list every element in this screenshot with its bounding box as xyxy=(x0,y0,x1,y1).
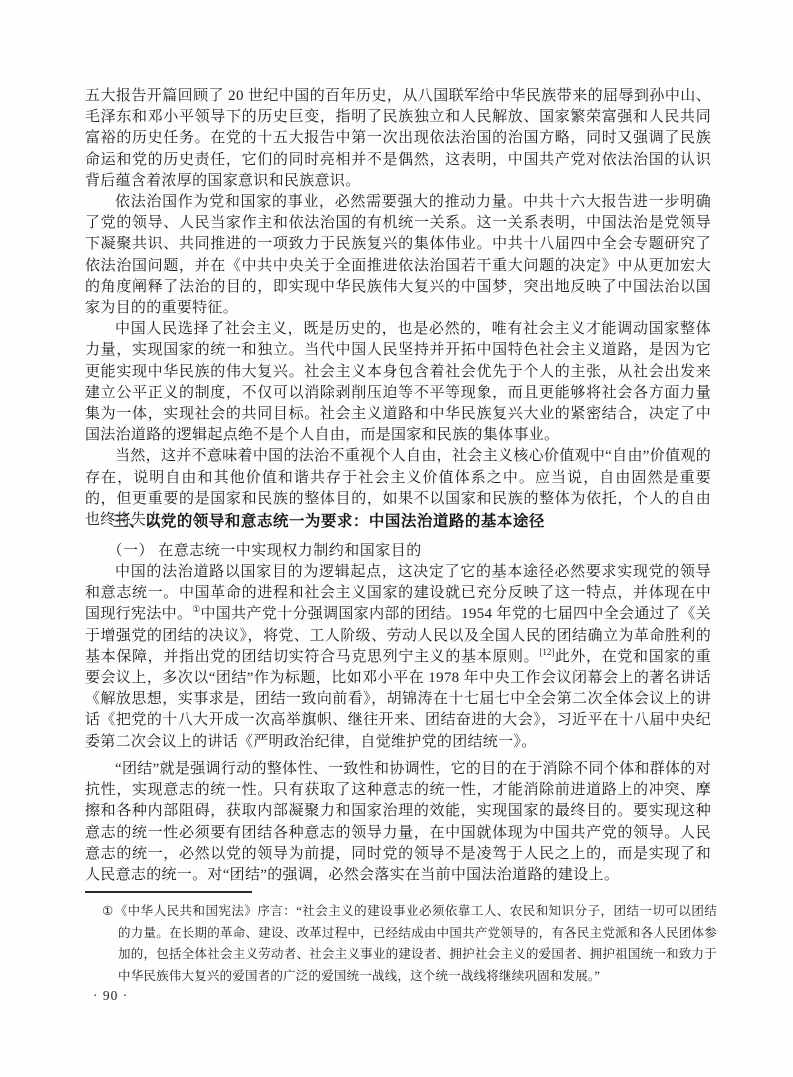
paragraph: 中国人民选择了社会主义，既是历史的，也是必然的，唯有社会主义才能调动国家整体力量… xyxy=(85,319,711,446)
section-heading: 三、以党的领导和意志统一为要求：中国法治道路的基本途径 xyxy=(85,511,711,533)
paragraph: “团结”就是强调行动的整体性、一致性和协调性，它的目的在于消除不同个体和群体的对… xyxy=(85,759,711,886)
paragraph: 依法治国作为党和国家的事业，必然需要强大的推动力量。中共十六大报告进一步明确了党… xyxy=(85,192,711,319)
footnote: ①《中华人民共和国宪法》序言：“社会主义的建设事业必须依靠工人、农民和知识分子，… xyxy=(85,901,717,987)
footnote-marker: ① xyxy=(102,904,114,918)
paragraph: 五大报告开篇回顾了 20 世纪中国的百年历史，从八国联军给中华民族带来的屈辱到孙… xyxy=(85,86,711,192)
footnote-separator-rule xyxy=(85,891,252,893)
page-number: · 90 · xyxy=(93,988,128,1004)
paragraph-with-references: 中国的法治道路以国家目的为逻辑起点，这决定了它的基本途径必然要求实现党的领导和意… xyxy=(85,562,711,753)
footnote-text: 《中华人民共和国宪法》序言：“社会主义的建设事业必须依靠工人、农民和知识分子，团… xyxy=(115,904,717,983)
document-page: 五大报告开篇回顾了 20 世纪中国的百年历史，从八国联军给中华民族带来的屈辱到孙… xyxy=(0,0,793,1077)
citation-reference-marker: [12] xyxy=(539,647,554,657)
body-text-upper: 五大报告开篇回顾了 20 世纪中国的百年历史，从八国联军给中华民族带来的屈辱到孙… xyxy=(85,86,711,531)
subsection-heading: （一） 在意志统一中实现权力制约和国家目的 xyxy=(85,540,711,562)
